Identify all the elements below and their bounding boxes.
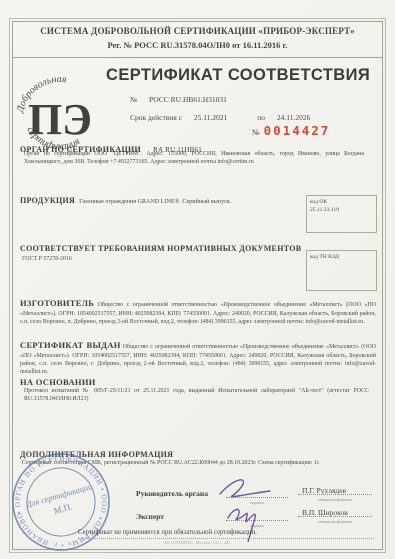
ok-code-box: код ОК 25.11.23.119	[306, 195, 377, 233]
expert-name-line	[298, 516, 372, 517]
header-divider	[12, 57, 383, 58]
validity-row: Срок действия с 25.11.2021 по 24.11.2026	[130, 113, 310, 122]
manufacturer-section: ИЗГОТОВИТЕЛЬ Общество с ограниченной отв…	[20, 298, 376, 326]
stamp-mp-text: М.П.	[52, 501, 73, 516]
blank-number: 0014427	[264, 123, 331, 138]
product-label: ПРОДУКЦИЯ	[20, 196, 75, 205]
expert-name-caption: инициалы фамилия	[298, 519, 372, 524]
blank-number-row: №0014427	[252, 123, 330, 138]
head-name-caption: инициалы фамилия	[298, 497, 372, 502]
certificate-document: { "header": { "system_line1": "СИСТЕМА Д…	[0, 0, 395, 559]
system-reg-number: Рег. № РОСС RU.31578.04ОЛН0 от 16.11.201…	[20, 40, 375, 50]
expert-label: Эксперт	[136, 512, 164, 521]
certification-body-details: Орган по сертификации ООО "ЦЕТРИМ". Адре…	[24, 150, 364, 167]
restriction-note: Сертификат не применяется при обязательн…	[78, 529, 374, 539]
conforms-text: ГОСТ Р 57278-2016	[22, 255, 282, 263]
product-text: Газонные ограждения GRAND LINE®. Серийны…	[79, 199, 231, 205]
valid-to-date: 24.11.2026	[277, 113, 310, 122]
certificate-number-row: № РОСС RU.НВ61.Н31031	[130, 95, 227, 104]
document-title: СЕРТИФИКАТ СООТВЕТСТВИЯ	[106, 66, 381, 85]
head-name-line	[298, 494, 372, 495]
system-name: СИСТЕМА ДОБРОВОЛЬНОЙ СЕРТИФИКАЦИИ «ПРИБО…	[20, 26, 375, 36]
issued-section: СЕРТИФИКАТ ВЫДАН Общество с ограниченной…	[20, 340, 376, 377]
number-label: №	[130, 95, 137, 104]
certificate-number: РОСС RU.НВ61.Н31031	[149, 95, 227, 104]
conforms-label: СООТВЕТСТВУЕТ ТРЕБОВАНИЯМ НОРМАТИВНЫХ ДО…	[20, 244, 301, 253]
basis-label: НА ОСНОВАНИИ	[20, 377, 96, 387]
manufacturer-label: ИЗГОТОВИТЕЛЬ	[20, 298, 94, 308]
product-section: ПРОДУКЦИЯ Газонные ограждения GRAND LINE…	[20, 190, 300, 208]
to-label: по	[257, 113, 265, 122]
basis-text: Протокол испытаний № 005/Г-25/11/21 от 2…	[24, 387, 369, 404]
tnved-code-box: код ТН ВЭД	[306, 250, 377, 291]
blank-number-label: №	[252, 128, 260, 137]
valid-from-date: 25.11.2021	[194, 113, 227, 122]
issued-label: СЕРТИФИКАТ ВЫДАН	[20, 340, 121, 350]
validity-label: Срок действия с	[130, 113, 182, 122]
tnved-code-label: код ТН ВЭД	[310, 253, 373, 261]
ok-code-label: код ОК	[310, 198, 373, 206]
ok-code-value: 25.11.23.119	[310, 206, 373, 214]
printer-fine-print: АО «ОПЦИОН», Москва, 2021, «В»	[60, 541, 335, 545]
